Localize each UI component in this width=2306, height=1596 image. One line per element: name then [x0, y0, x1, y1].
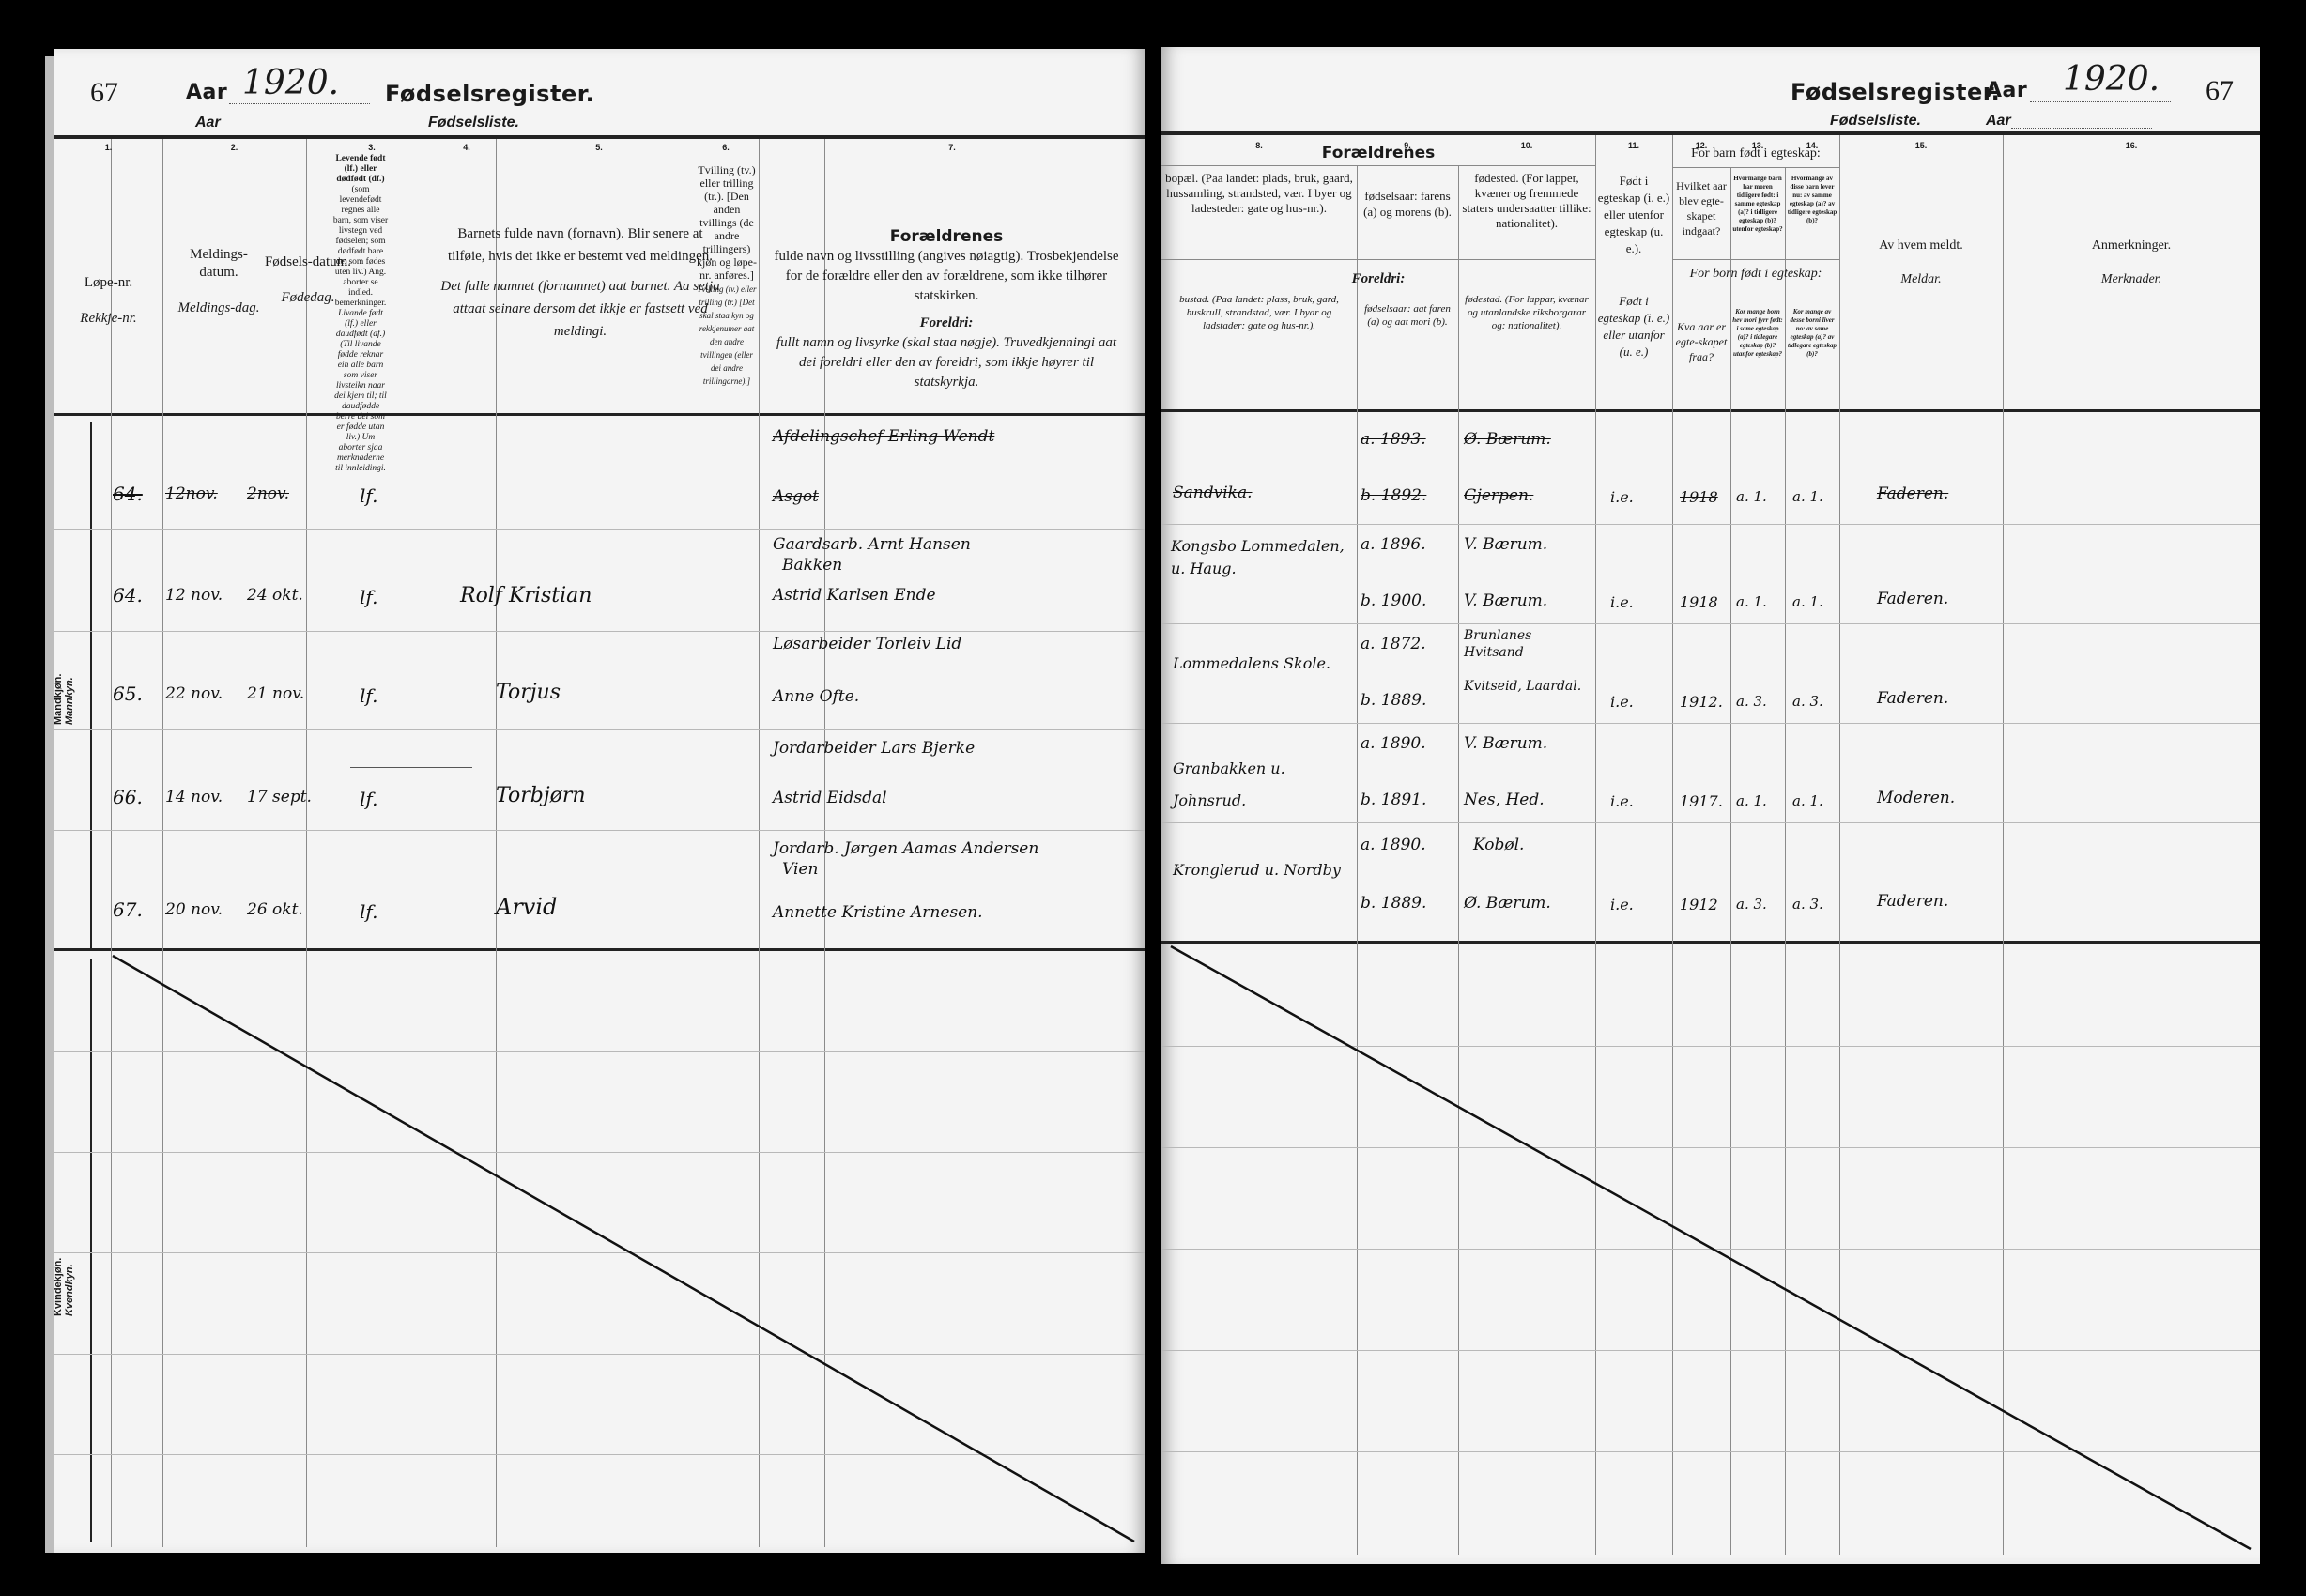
egteskap-aar: 1918: [1680, 593, 1718, 611]
meldt-av: Faderen.: [1877, 892, 1948, 911]
col-line: [1839, 135, 1840, 1555]
subtitle-prefix: Aar: [195, 115, 221, 131]
col-label-alt: Kva aar er egte-skapet fraa?: [1674, 319, 1729, 364]
child-name: Arvid: [496, 894, 557, 920]
col-line: [438, 139, 438, 1547]
mother: Astrid Eidsdal: [773, 789, 887, 807]
col-label-alt: Meldar.: [1839, 270, 2003, 288]
fodselsaar-mor: b. 1889.: [1361, 894, 1426, 913]
col-label: Løpe-nr.: [85, 275, 132, 290]
col-label-alt: Tvilling (tv.) eller trilling (tr.) [Det…: [697, 284, 756, 386]
father: Afdelingschef Erling Wendt: [773, 427, 994, 446]
col-label: Barnets fulde navn (fornavn). Blir sener…: [448, 226, 713, 264]
fodselsdatum: 24 okt.: [247, 586, 303, 605]
col-label: bopæl. (Paa landet: plads, bruk, gaard, …: [1165, 171, 1353, 215]
subtitle-suffix: Aar: [1986, 113, 2011, 130]
fodested-far: Ø. Bærum.: [1464, 430, 1551, 449]
row-divider: [1161, 524, 2260, 525]
col-header-meldt: Av hvem meldt.: [1839, 237, 2003, 254]
col-label-alt: fullt namn og livsyrke (skal staa nøgje)…: [776, 335, 1116, 390]
fodselsaar-mor: b. 1889.: [1361, 691, 1426, 710]
barn-lever: a. 3.: [1792, 896, 1823, 913]
child-name: Torjus: [496, 681, 561, 704]
header-top-rule: [1161, 131, 2260, 135]
bopael: Sandvika.: [1173, 483, 1253, 502]
female-label-alt: Kvendkyn.: [64, 1264, 75, 1316]
col-label: Tvilling (tv.) eller trilling (tr.). [De…: [697, 163, 757, 282]
subtitle: Fødselsliste.: [428, 115, 519, 131]
col-header-bopael: bopæl. (Paa landet: plads, bruk, gaard, …: [1165, 171, 1353, 216]
egteskap-aar: 1918: [1680, 488, 1718, 506]
meldingsdatum: 14 nov.: [165, 788, 223, 806]
subtitle-year-line: [225, 130, 366, 130]
col-line: [759, 139, 760, 1547]
father-place: Bakken: [782, 556, 842, 575]
right-page: Fødselsregister. Aar 1920. 67 Fødselslis…: [1161, 47, 2260, 1564]
barn-lever: a. 1.: [1792, 792, 1823, 809]
bopael: Granbakken u. Johnsrud.: [1173, 753, 1342, 817]
tidligere-barn: a. 3.: [1736, 693, 1767, 710]
egteskap: i.e.: [1610, 896, 1634, 913]
col-header-tvilling: Tvilling (tv.) eller trilling (tr.). [De…: [695, 163, 759, 387]
meldingsdatum: 12 nov.: [165, 586, 223, 605]
subtitle: Fødselsliste.: [1830, 113, 1921, 130]
row-divider: [54, 1252, 1145, 1253]
row-divider: [1161, 1350, 2260, 1351]
tidligere-barn: a. 3.: [1736, 896, 1767, 913]
col-label-alt: fødselsaar: aat faren (a) og aat mori (b…: [1359, 302, 1456, 329]
egteskap-aar: 1912: [1680, 896, 1718, 913]
group-divider: [1672, 259, 1839, 260]
row-divider: [1161, 1147, 2260, 1148]
col-label: Meldings-datum.: [190, 247, 248, 280]
col-num-7: 7.: [759, 143, 1145, 152]
egteskap-aar: 1912.: [1680, 693, 1723, 711]
col-line: [1458, 165, 1459, 1555]
fodested-mor: Gjerpen.: [1464, 486, 1533, 505]
fodselsaar-mor: b. 1892.: [1361, 486, 1426, 505]
col-header-anmerkninger: Anmerkninger.: [2003, 237, 2260, 254]
fodested-far: Kobøl.: [1473, 836, 1524, 854]
egteskap-aar: 1917.: [1680, 792, 1723, 810]
mother: Asgot: [773, 487, 819, 506]
fodselsdatum: 26 okt.: [247, 900, 303, 919]
col-label-alt: Livande født (lf.) eller daudfødt (df.): [332, 309, 389, 340]
col-line: [2003, 135, 2004, 1555]
lopenr: 66.: [113, 786, 143, 808]
col-label-alt: Født i egteskap (i. e.) eller utanfor (u…: [1597, 293, 1670, 361]
col-line: [306, 139, 307, 1547]
fodselsdatum: 21 nov.: [247, 684, 304, 703]
group-header-foreldri: Foreldri:: [1161, 270, 1595, 288]
row-divider: [54, 1152, 1145, 1153]
col-label-alt: Kor mange born hev mori fyrr født: i sam…: [1732, 308, 1783, 359]
col-header-levende: Levende født (lf.) eller dødfødt (df.)(s…: [332, 154, 389, 474]
meldingsdatum: 12nov.: [165, 484, 218, 503]
col-header-barn-lever: Hvormange av disse barn lever nu: av sam…: [1787, 175, 1837, 225]
title-prefix: Aar: [186, 81, 227, 104]
fodested-mor: Ø. Bærum.: [1464, 894, 1551, 913]
fodselsaar-far: a. 1890.: [1361, 836, 1426, 854]
row-divider: [1161, 1046, 2260, 1047]
tidligere-barn: a. 1.: [1736, 593, 1767, 610]
levende-status: lf.: [360, 788, 377, 810]
col-note-alt: (Til livande fødde reknar ein alle barn …: [334, 340, 387, 473]
col-line: [1672, 135, 1673, 1555]
fodselsaar-far: a. 1893.: [1361, 430, 1426, 449]
row-divider: [54, 631, 1145, 632]
meldt-av: Faderen.: [1877, 484, 1948, 503]
fodested-mor: Kvitseid, Laardal.: [1464, 678, 1593, 695]
child-name: Rolf Kristian: [460, 584, 592, 607]
section-label-male: Mandkjøn.Mannkyn.: [53, 674, 75, 725]
col-header-tidligere-barn: Hvormange barn har moren tidligere født:…: [1732, 175, 1783, 234]
mother: Anne Ofte.: [773, 687, 859, 706]
page-title: Fødselsregister.: [1791, 79, 2000, 105]
father: Løsarbeider Torleiv Lid: [773, 635, 961, 653]
father: Jordarb. Jørgen Aamas Andersen: [773, 839, 1038, 858]
col-num-6: 6.: [693, 143, 759, 152]
col-line: [496, 139, 497, 1547]
child-name: Torbjørn: [496, 784, 586, 807]
col-line: [1357, 165, 1358, 1555]
col-num-15: 15.: [1839, 141, 2003, 150]
levende-status: lf.: [360, 586, 377, 608]
page-number: 67: [90, 77, 118, 109]
group-header-barn-egteskap: For barn født i egteskap:: [1672, 145, 1839, 162]
fodested-far: Brunlanes Hvitsand: [1464, 627, 1593, 661]
col-header-fodested: fødested. (For lapper, kvæner og fremmed…: [1460, 171, 1593, 231]
group-header-born-egteskap: For born født i egteskap:: [1672, 265, 1839, 283]
col-line: [111, 139, 112, 1547]
row-divider: [54, 830, 1145, 831]
col-line: [162, 139, 163, 1547]
group-divider: [1161, 259, 1595, 260]
year-handwritten: 1920.: [242, 64, 339, 102]
page-title: Fødselsregister.: [385, 81, 594, 107]
row-divider: [54, 529, 1145, 530]
header-bottom-rule: [54, 413, 1145, 416]
father: Jordarbeider Lars Bjerke: [773, 739, 975, 758]
left-page: 67 Aar 1920. Fødselsregister. Aar Fødsel…: [54, 49, 1145, 1553]
col-header-fodselsaar: fødselsaar: farens (a) og morens (b).: [1359, 188, 1456, 220]
col-num-11: 11.: [1595, 141, 1672, 150]
col-label-alt: Meldings-dag.: [177, 300, 259, 315]
row-divider: [54, 1051, 1145, 1052]
col-label-alt: Kor mange av desse borni liver no: av sa…: [1787, 308, 1837, 359]
title-suffix: Aar: [1986, 79, 2027, 102]
bopael: Lommedalens Skole.: [1173, 648, 1342, 680]
row-divider: [54, 729, 1145, 730]
mother: Astrid Karlsen Ende: [773, 586, 936, 605]
book-edge: [45, 56, 54, 1553]
meldt-av: Faderen.: [1877, 689, 1948, 708]
col-label-alt: bustad. (Paa landet: plass, bruk, gard, …: [1165, 293, 1353, 332]
lopenr: 64.: [113, 483, 143, 505]
lopenr: 67.: [113, 898, 143, 921]
fodselsaar-far: a. 1890.: [1361, 734, 1426, 753]
levende-status: lf.: [360, 900, 377, 923]
fodested-mor: Nes, Hed.: [1464, 790, 1545, 809]
levende-status: lf.: [360, 484, 377, 507]
year-handwritten: 1920.: [2063, 60, 2160, 99]
father-place: Vien: [782, 860, 818, 879]
fodested-far: V. Bærum.: [1464, 734, 1547, 753]
row-divider: [1161, 1249, 2260, 1250]
page-number: 67: [2206, 75, 2234, 107]
col-header-egteskap: Født i egteskap (i. e.) eller utenfor eg…: [1597, 173, 1670, 257]
col-label-alt: Rekkje-nr.: [80, 311, 136, 326]
col-header-barnets-navn: Barnets fulde navn (fornavn). Blir sener…: [439, 223, 721, 343]
bopael: Kongsbo Lommedalen, u. Haug.: [1171, 535, 1349, 580]
fodselsdatum: 2nov.: [247, 484, 289, 503]
egteskap: i.e.: [1610, 488, 1634, 506]
egteskap: i.e.: [1610, 693, 1634, 711]
male-section-bracket: [90, 422, 92, 948]
row-divider: [54, 1354, 1145, 1355]
row-divider: [1161, 623, 2260, 624]
meldingsdatum: 20 nov.: [165, 900, 223, 919]
col-note: (som levendefødt regnes alle barn, som v…: [333, 185, 388, 308]
col-line: [1730, 167, 1731, 1555]
col-title-alt: Foreldri:: [768, 314, 1125, 333]
fodselsaar-mor: b. 1891.: [1361, 790, 1426, 809]
col-num-16: 16.: [2003, 141, 2260, 150]
col-header-meldingsdatum: Meldings-datum.Meldings-dag.: [172, 246, 266, 317]
fodested-far: V. Bærum.: [1464, 535, 1547, 554]
meldingsdatum: 22 nov.: [165, 684, 223, 703]
col-label: fulde navn og livsstilling (angives nøia…: [774, 249, 1118, 303]
col-line: [1595, 135, 1596, 1555]
section-divider-rule: [1161, 941, 2260, 944]
col-line: [1785, 167, 1786, 1555]
egteskap: i.e.: [1610, 792, 1634, 810]
col-header-foraeldrenes: Forældrenesfulde navn og livsstilling (a…: [768, 227, 1125, 392]
female-label: Kvindekjøn.: [53, 1258, 64, 1316]
fodested-mor: V. Bærum.: [1464, 591, 1547, 610]
row-divider: [54, 1454, 1145, 1455]
meldt-av: Moderen.: [1877, 789, 1955, 807]
section-divider-rule: [54, 948, 1145, 951]
male-label: Mandkjøn.: [53, 674, 64, 725]
col-num-3: 3.: [306, 143, 438, 152]
fodselsaar-far: a. 1872.: [1361, 635, 1426, 653]
fodselsaar-far: a. 1896.: [1361, 535, 1426, 554]
barn-lever: a. 1.: [1792, 488, 1823, 505]
col-header-lopenr: Løpe-nr.Rekkje-nr.: [54, 274, 162, 328]
mother: Annette Kristine Arnesen.: [773, 903, 983, 922]
col-label-alt: Det fulle namnet (fornamnet) aat barnet.…: [439, 275, 721, 343]
group-header-foraeldrenes: Forældrenes: [1161, 145, 1595, 162]
egteskap: i.e.: [1610, 593, 1634, 611]
subtitle-year-line: [2011, 128, 2152, 129]
tidligere-barn: a. 1.: [1736, 488, 1767, 505]
col-label: Levende født (lf.) eller dødfødt (df.): [335, 154, 385, 184]
lopenr: 64.: [113, 584, 143, 606]
tidligere-barn: a. 1.: [1736, 792, 1767, 809]
col-label-alt: fødestad. (For lappar, kvænar og utanlan…: [1460, 293, 1593, 332]
col-num-2: 2.: [162, 143, 306, 152]
lopenr: 65.: [113, 683, 143, 705]
col-title: Forældrenes: [768, 227, 1125, 247]
meldt-av: Faderen.: [1877, 590, 1948, 608]
section-label-female: Kvindekjøn.Kvendkyn.: [53, 1258, 75, 1316]
father: Gaardsarb. Arnt Hansen: [773, 535, 971, 554]
bopael: Kronglerud u. Nordby: [1173, 854, 1342, 886]
col-label-alt: Fødedag.: [281, 290, 334, 305]
col-num-1: 1.: [54, 143, 162, 152]
underline-mark: [350, 767, 472, 768]
levende-status: lf.: [360, 684, 377, 707]
fodselsaar-mor: b. 1900.: [1361, 591, 1426, 610]
col-header-egteskap-aar: Hvilket aar blev egte-skapet indgaat?: [1674, 178, 1729, 238]
barn-lever: a. 1.: [1792, 593, 1823, 610]
col-label-alt: Merknader.: [2003, 270, 2260, 288]
header-bottom-rule: [1161, 409, 2260, 412]
row-divider: [1161, 822, 2260, 823]
fodselsdatum: 17 sept.: [247, 788, 312, 806]
row-divider: [1161, 1451, 2260, 1452]
barn-lever: a. 3.: [1792, 693, 1823, 710]
group-divider: [1672, 167, 1839, 168]
group-divider: [1161, 165, 1595, 166]
year-line: [2030, 101, 2171, 102]
row-divider: [1161, 723, 2260, 724]
male-label-alt: Mannkyn.: [64, 677, 75, 725]
year-line: [229, 103, 370, 104]
header-top-rule: [54, 135, 1145, 139]
